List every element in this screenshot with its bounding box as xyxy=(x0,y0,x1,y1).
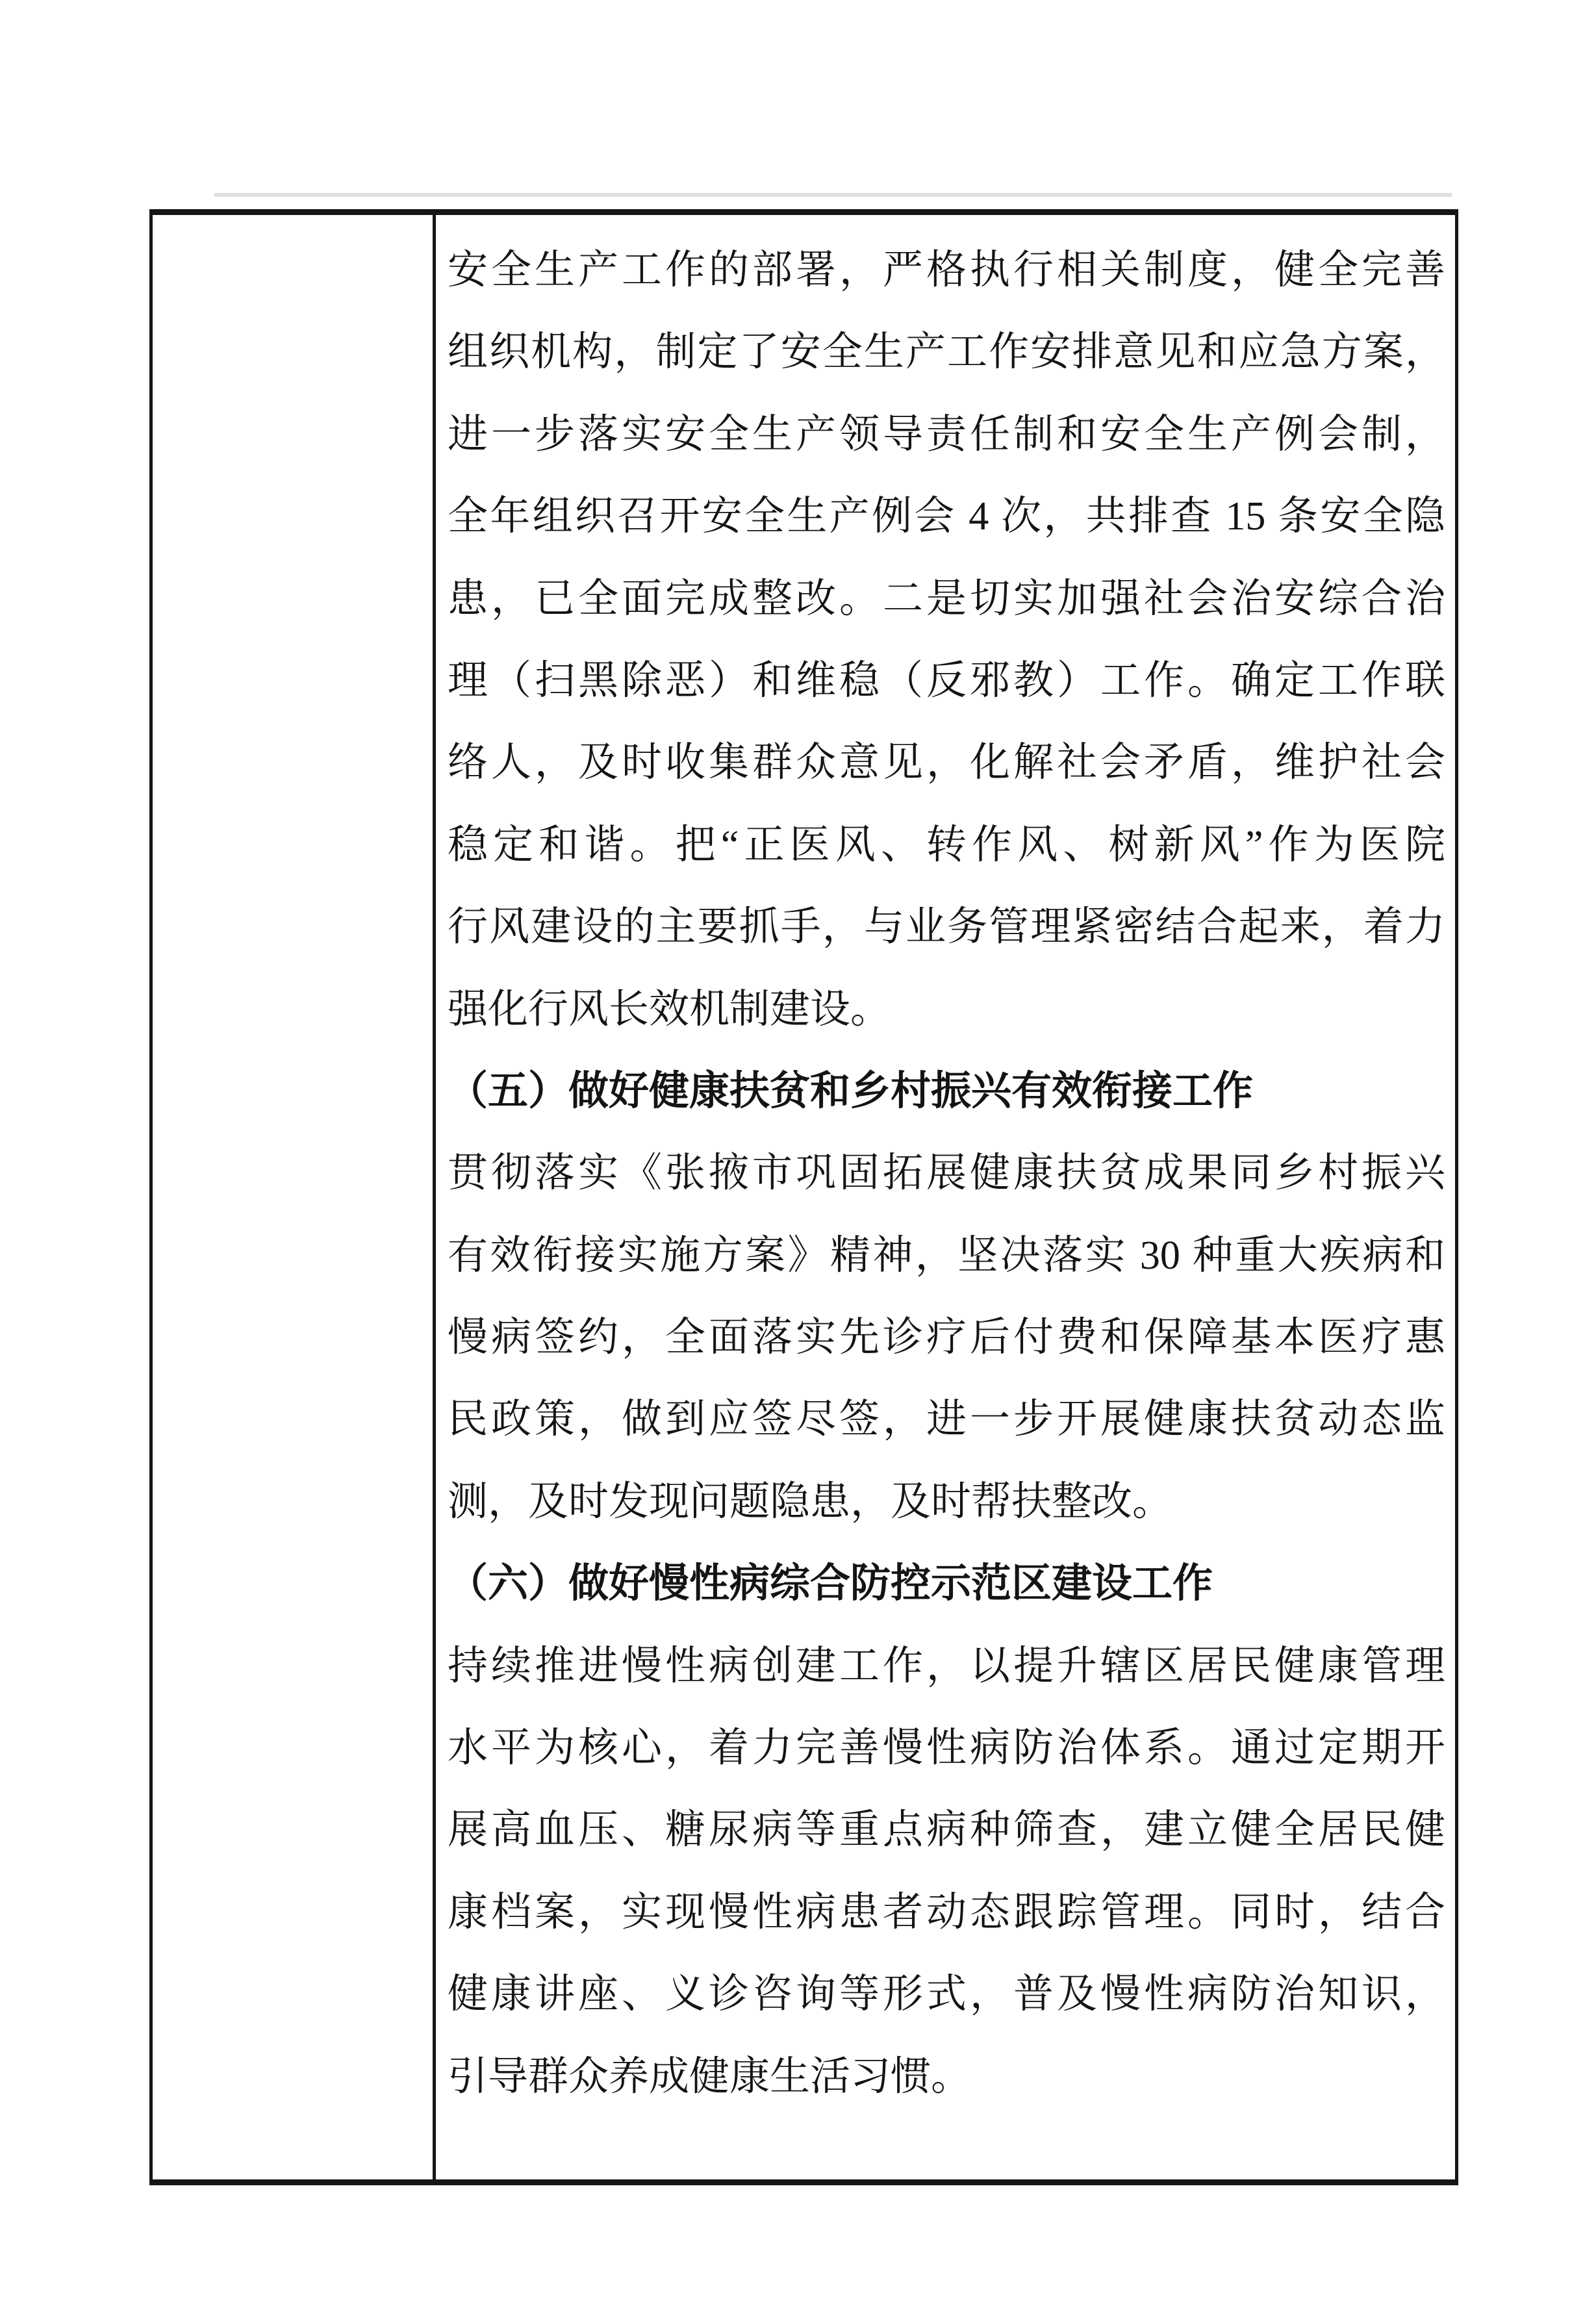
text-line-12: 贯彻落实《张掖市巩固拓展健康扶贫成果同乡村振兴 xyxy=(448,1132,1445,1214)
text-line-14: 慢病签约，全面落实先诊疗后付费和保障基本医疗惠 xyxy=(448,1297,1445,1378)
text-line-19: 水平为核心，着力完善慢性病防治体系。通过定期开 xyxy=(448,1707,1445,1789)
text-line-3: 进一步落实安全生产领导责任制和安全生产例会制， xyxy=(448,394,1445,476)
report-table: 安全生产工作的部署，严格执行相关制度，健全完善 组织机构，制定了安全生产工作安排… xyxy=(149,209,1458,2185)
text-line-6: 理（扫黑除恶）和维稳（反邪教）工作。确定工作联 xyxy=(448,640,1445,722)
text-line-18: 持续推进慢性病创建工作，以提升辖区居民健康管理 xyxy=(448,1625,1445,1707)
document-page: 安全生产工作的部署，严格执行相关制度，健全完善 组织机构，制定了安全生产工作安排… xyxy=(0,0,1596,2297)
table-left-cell xyxy=(153,215,436,2179)
text-line-4: 全年组织召开安全生产例会 4 次，共排查 15 条安全隐 xyxy=(448,476,1445,557)
text-line-20: 展高血压、糖尿病等重点病种筛查，建立健全居民健 xyxy=(448,1789,1445,1871)
table-right-cell: 安全生产工作的部署，严格执行相关制度，健全完善 组织机构，制定了安全生产工作安排… xyxy=(436,215,1455,2179)
text-line-10: 强化行风长效机制建设。 xyxy=(448,969,1445,1050)
section-heading-6: （六）做好慢性病综合防控示范区建设工作 xyxy=(448,1543,1445,1625)
text-line-16: 测，及时发现问题隐患，及时帮扶整改。 xyxy=(448,1461,1445,1543)
text-line-5: 患，已全面完成整改。二是切实加强社会治安综合治 xyxy=(448,558,1445,640)
text-line-23: 引导群众养成健康生活习惯。 xyxy=(448,2036,1445,2118)
text-line-8: 稳定和谐。把“正医风、转作风、树新风”作为医院 xyxy=(448,804,1445,886)
text-line-1: 安全生产工作的部署，严格执行相关制度，健全完善 xyxy=(448,229,1445,311)
text-line-22: 健康讲座、义诊咨询等形式，普及慢性病防治知识， xyxy=(448,1953,1445,2035)
section-heading-5: （五）做好健康扶贫和乡村振兴有效衔接工作 xyxy=(448,1050,1445,1132)
text-line-21: 康档案，实现慢性病患者动态跟踪管理。同时，结合 xyxy=(448,1872,1445,1953)
scan-artifact xyxy=(214,193,1452,197)
text-line-2: 组织机构，制定了安全生产工作安排意见和应急方案， xyxy=(448,311,1445,393)
text-line-9: 行风建设的主要抓手，与业务管理紧密结合起来，着力 xyxy=(448,886,1445,968)
text-line-15: 民政策，做到应签尽签，进一步开展健康扶贫动态监 xyxy=(448,1378,1445,1460)
text-line-7: 络人，及时收集群众意见，化解社会矛盾，维护社会 xyxy=(448,722,1445,804)
text-line-13: 有效衔接实施方案》精神，坚决落实 30 种重大疾病和 xyxy=(448,1215,1445,1297)
